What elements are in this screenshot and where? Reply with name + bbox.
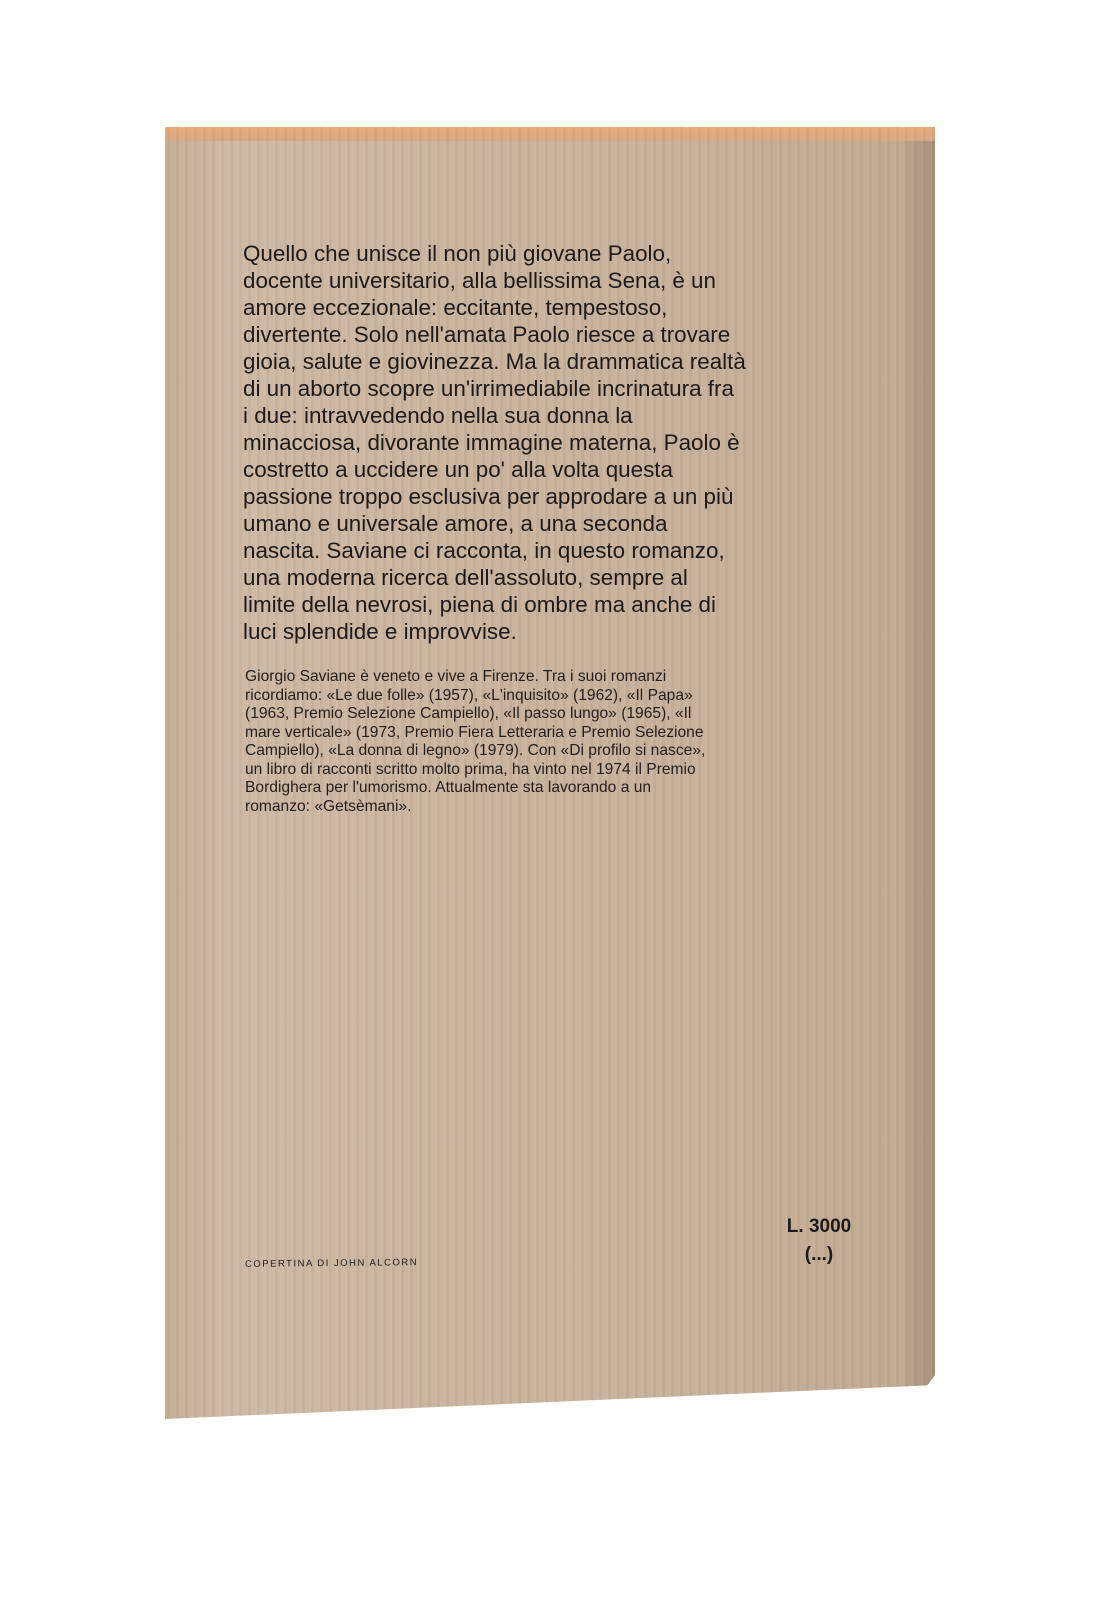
blurb-line: limite della nevrosi, piena di ombre ma … bbox=[243, 591, 863, 618]
price-note: (...) bbox=[779, 1241, 859, 1269]
bio-line: (1963, Premio Selezione Campiello), «Il … bbox=[245, 705, 845, 724]
blurb-line: luci splendide e improvvise. bbox=[243, 618, 863, 645]
blurb-line: docente universitario, alla bellissima S… bbox=[243, 267, 863, 294]
blurb-line: nascita. Saviane ci racconta, in questo … bbox=[243, 537, 863, 564]
bio-line: Campiello), «La donna di legno» (1979). … bbox=[245, 742, 845, 761]
book-spine-edge bbox=[905, 141, 935, 1419]
blurb-line: umano e universale amore, a una seconda bbox=[243, 510, 863, 537]
bio-line: ricordiamo: «Le due folle» (1957), «L'in… bbox=[245, 687, 845, 706]
blurb-line: minacciosa, divorante immagine materna, … bbox=[243, 429, 863, 456]
cover-credit: COPERTINA DI JOHN ALCORN bbox=[245, 1257, 418, 1270]
blurb-line: i due: intravvedendo nella sua donna la bbox=[243, 402, 863, 429]
blurb-line: di un aborto scopre un'irrimediabile inc… bbox=[243, 375, 863, 402]
blurb-text: Quello che unisce il non più giovane Pao… bbox=[243, 240, 863, 645]
bio-line: un libro di racconti scritto molto prima… bbox=[245, 761, 845, 780]
price-block: L. 3000 (...) bbox=[779, 1213, 859, 1269]
blurb-line: divertente. Solo nell'amata Paolo riesce… bbox=[243, 321, 863, 348]
blurb-line: gioia, salute e giovinezza. Ma la dramma… bbox=[243, 348, 863, 375]
blurb-line: amore eccezionale: eccitante, tempestoso… bbox=[243, 294, 863, 321]
bio-line: Bordighera per l'umorismo. Attualmente s… bbox=[245, 779, 845, 798]
blurb-line: Quello che unisce il non più giovane Pao… bbox=[243, 240, 863, 267]
book-back-cover: Quello che unisce il non più giovane Pao… bbox=[165, 127, 935, 1419]
blurb-line: passione troppo esclusiva per approdare … bbox=[243, 483, 863, 510]
price: L. 3000 bbox=[779, 1213, 859, 1241]
blurb-line: una moderna ricerca dell'assoluto, sempr… bbox=[243, 564, 863, 591]
bio-line: Giorgio Saviane è veneto e vive a Firenz… bbox=[245, 668, 845, 687]
author-bio: Giorgio Saviane è veneto e vive a Firenz… bbox=[245, 668, 845, 816]
bio-line: mare verticale» (1973, Premio Fiera Lett… bbox=[245, 724, 845, 743]
blurb-line: costretto a uccidere un po' alla volta q… bbox=[243, 456, 863, 483]
bio-line: romanzo: «Getsèmani». bbox=[245, 798, 845, 817]
